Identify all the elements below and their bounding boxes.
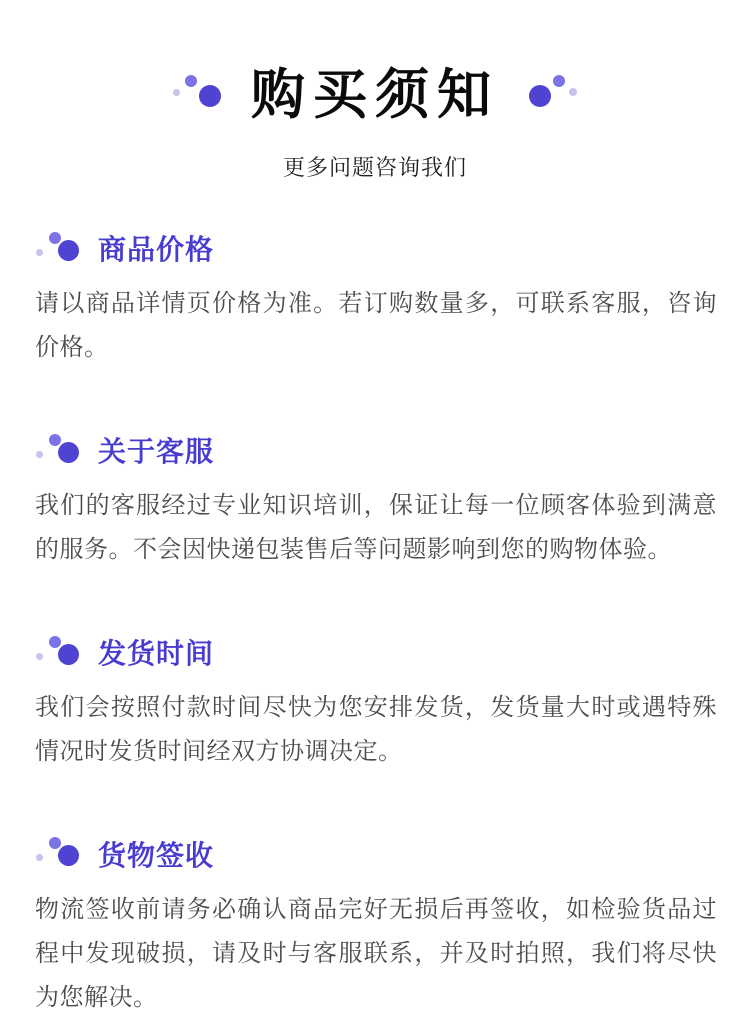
notice-section: 发货时间 我们会按照付款时间尽快为您安排发货，发货量大时或遇特殊情况时发货时间经… (35, 632, 715, 774)
dot-medium-icon (49, 636, 61, 648)
decor-dots-left-icon (173, 75, 221, 109)
title-row: 购买须知 (0, 66, 750, 125)
notice-sections: 商品价格 请以商品详情页价格为准。若订购数量多，可联系客服，咨询价格。 关于客服… (0, 228, 750, 1019)
dot-small-icon (569, 88, 577, 96)
dot-small-icon (173, 89, 180, 96)
dot-medium-icon (49, 434, 61, 446)
section-heading: 商品价格 (98, 228, 214, 268)
section-heading-row: 商品价格 (36, 228, 715, 268)
section-dots-icon (36, 232, 79, 261)
dot-large-icon (58, 240, 79, 261)
dot-large-icon (529, 85, 551, 107)
notice-section: 货物签收 物流签收前请务必确认商品完好无损后再签收，如检验货品过程中发现破损，请… (35, 834, 715, 1020)
dot-large-icon (199, 85, 221, 107)
page-title: 购买须知 (251, 66, 499, 125)
section-heading-row: 关于客服 (36, 430, 715, 470)
dot-small-icon (36, 653, 43, 660)
section-heading-row: 发货时间 (36, 632, 715, 672)
dot-medium-icon (553, 75, 565, 87)
section-heading: 货物签收 (98, 834, 214, 874)
section-dots-icon (36, 636, 79, 665)
section-heading: 发货时间 (98, 632, 214, 672)
dot-medium-icon (185, 75, 197, 87)
dot-small-icon (36, 451, 43, 458)
decor-dots-right-icon (529, 75, 577, 109)
dot-medium-icon (49, 232, 61, 244)
dot-large-icon (58, 644, 79, 665)
section-dots-icon (36, 434, 79, 463)
dot-large-icon (58, 442, 79, 463)
section-body: 我们会按照付款时间尽快为您安排发货，发货量大时或遇特殊情况时发货时间经双方协调决… (35, 686, 717, 774)
section-heading: 关于客服 (98, 430, 214, 470)
section-dots-icon (36, 837, 79, 866)
section-body: 请以商品详情页价格为准。若订购数量多，可联系客服，咨询价格。 (35, 282, 717, 370)
page-header: 购买须知 更多问题咨询我们 (0, 0, 750, 182)
section-body: 物流签收前请务必确认商品完好无损后再签收，如检验货品过程中发现破损，请及时与客服… (35, 888, 717, 1020)
page-subtitle: 更多问题咨询我们 (0, 151, 750, 182)
notice-section: 关于客服 我们的客服经过专业知识培训，保证让每一位顾客体验到满意的服务。不会因快… (35, 430, 715, 572)
section-heading-row: 货物签收 (36, 834, 715, 874)
dot-small-icon (36, 854, 43, 861)
notice-section: 商品价格 请以商品详情页价格为准。若订购数量多，可联系客服，咨询价格。 (35, 228, 715, 370)
dot-large-icon (58, 845, 79, 866)
dot-small-icon (36, 249, 43, 256)
dot-medium-icon (49, 837, 61, 849)
section-body: 我们的客服经过专业知识培训，保证让每一位顾客体验到满意的服务。不会因快递包装售后… (35, 484, 717, 572)
purchase-notice-page: 购买须知 更多问题咨询我们 商品价格 请以商品详情页价格为准。若订购数量多，可联… (0, 0, 750, 1035)
